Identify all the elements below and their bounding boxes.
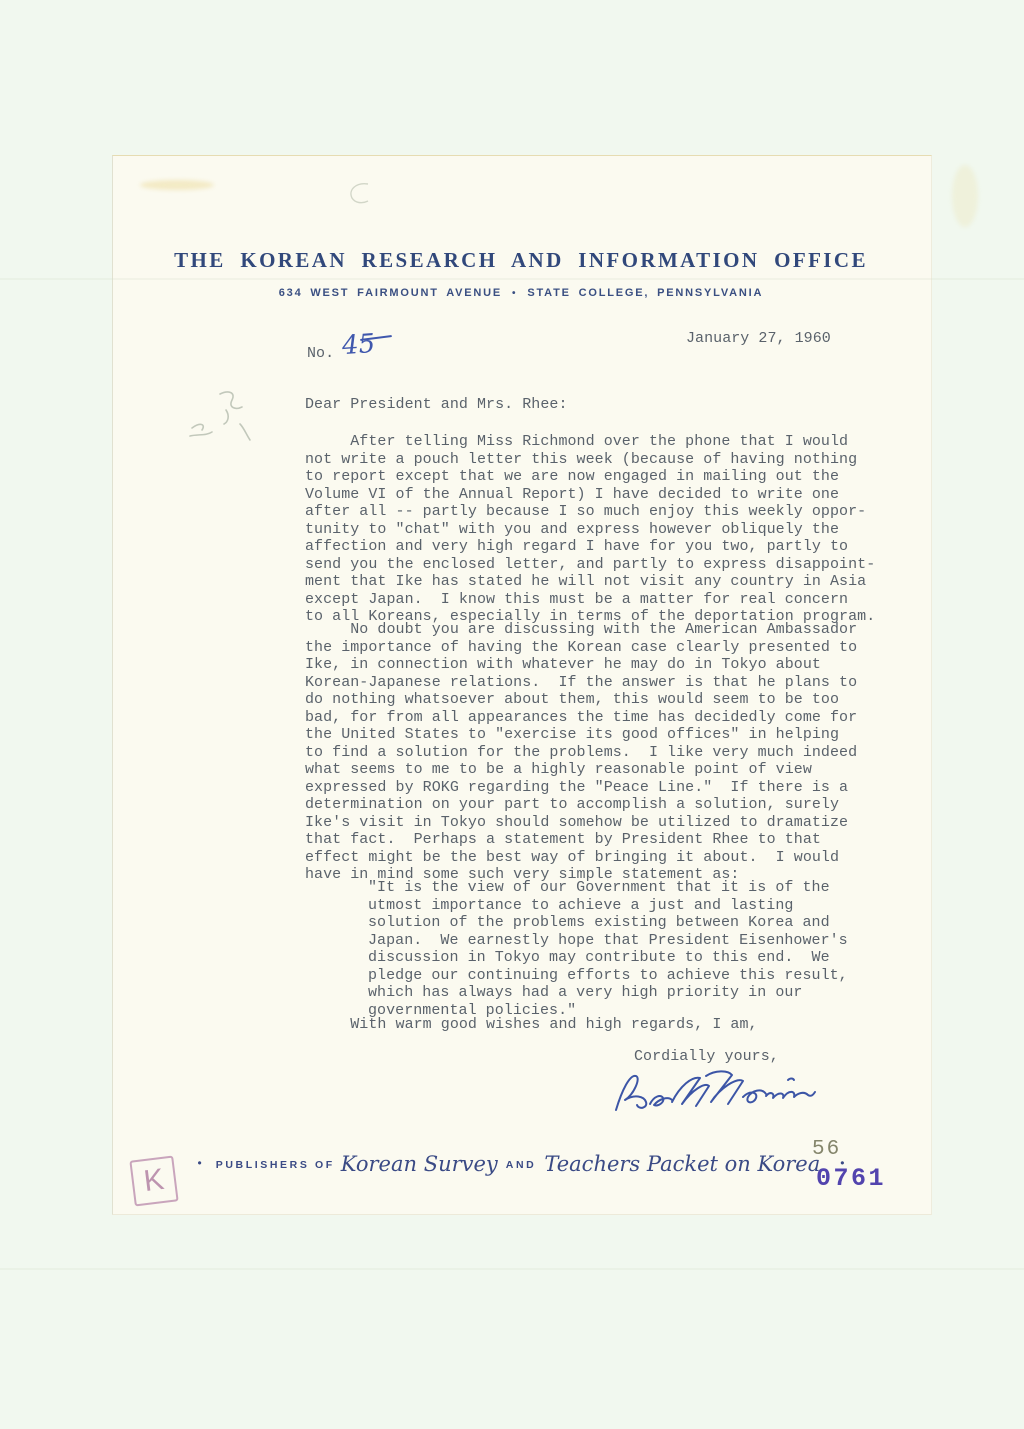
footer-publication-teachers-packet: Teachers Packet on Korea <box>538 1152 826 1176</box>
quoted-statement: "It is the view of our Government that i… <box>368 879 848 1019</box>
letter-number-label: No. <box>307 345 334 363</box>
letterhead-title: THE KOREAN RESEARCH AND INFORMATION OFFI… <box>112 248 930 273</box>
letterhead-street: 634 WEST FAIRMOUNT AVENUE <box>279 287 502 299</box>
footer-bullet-left: • <box>184 1156 216 1170</box>
paragraph-1: After telling Miss Richmond over the pho… <box>305 433 875 626</box>
handwritten-letter-number: 45 <box>341 329 376 361</box>
scan-streak <box>0 278 1024 280</box>
yellow-smudge <box>140 180 214 190</box>
pencil-scribbles <box>186 388 260 446</box>
yellow-smear <box>952 165 978 227</box>
footer-and-label: AND <box>504 1159 539 1171</box>
faint-pencil-curve <box>344 180 374 206</box>
letterhead-address: 634 WEST FAIRMOUNT AVENUE•STATE COLLEGE,… <box>112 287 930 299</box>
valediction: Cordially yours, <box>634 1048 779 1066</box>
salutation: Dear President and Mrs. Rhee: <box>305 396 568 414</box>
footer-publication-korean-survey: Korean Survey <box>335 1152 504 1176</box>
footer-bullet-right: • <box>826 1156 858 1170</box>
publishers-footer: • PUBLISHERS OF Korean Survey AND Teache… <box>112 1152 930 1176</box>
letterhead-separator-dot: • <box>502 288 527 299</box>
letter-date: January 27, 1960 <box>686 330 831 348</box>
scan-streak <box>0 1268 1024 1270</box>
closing-line: With warm good wishes and high regards, … <box>305 1016 758 1034</box>
signature-robert-oliver <box>610 1064 820 1120</box>
letterhead-city: STATE COLLEGE, PENNSYLVANIA <box>527 287 763 299</box>
scanned-letter: THE KOREAN RESEARCH AND INFORMATION OFFI… <box>0 0 1024 1429</box>
paragraph-2: No doubt you are discussing with the Ame… <box>305 621 857 884</box>
footer-publishers-label: PUBLISHERS OF <box>216 1159 335 1171</box>
